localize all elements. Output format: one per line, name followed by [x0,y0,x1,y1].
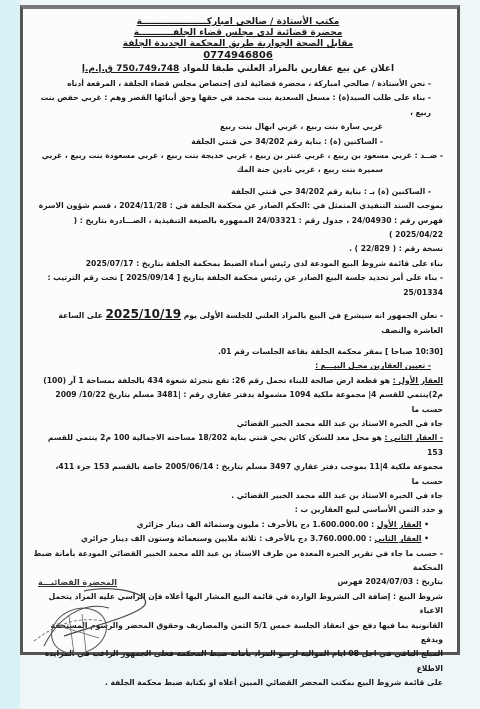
auction-date: 2025/10/19 [106,307,182,321]
property-2-cont: مجموعة ملكية 4|11 بموجب دفتر عقاري 3497 … [33,460,443,489]
document-frame: مكتب الأستاذة / صالحي امباركــــــــــــ… [20,5,460,655]
auction-time-place: [10:30 صباحا ] بمقر محكمة الجلفة بقاعة ا… [33,345,443,359]
base-price-heading: و حدد الثمن الأساسي لبيع العقارين ب : [33,503,443,517]
property-2-expert: جاء في الخبرة الاستاذ بن عبد الله محمد ا… [33,489,443,503]
session-order: - بناء على أمر تحديد جلسة البيع الصادر ع… [33,271,443,300]
property-1: العقار الأول : هو قطعة ارض صالحة للبناء … [33,374,443,388]
stamp-signature-icon [24,586,164,656]
defendants-line: - ضــد : غربي مسعود بن ربيع ، غربي عنتر … [33,149,443,163]
sale-conditions-4: على قائمة شروط البيع بمكتب المحضر القضائ… [33,676,443,690]
requester-line-cont: غربي سارة بنت ربيع ، غربي ابهال بنت ربيع [33,120,443,134]
office-role: محضرة قضائية لدى مجلس قضاء الجلفــــــــ… [33,28,443,39]
defendants-address: - الساكنين (ة) بـ : بناية رقم 34/202 حي … [33,185,443,199]
expert-report: - حسب ما جاء في تقرير الخبرة المعدة من ط… [33,547,443,576]
conditions-filed: بناء على قائمة شروط البيع المودعة لدى رئ… [33,257,443,271]
price-property-2: العقار الثاني : 3.760.000.00 دج بالأحرف … [33,532,429,546]
property-1-cont: م2)ينتمي للقسم 4| مجموعة ملكية 1094 مشمو… [33,388,443,417]
requester-line: - بناء على طلب السيد(ة) : مسعل السعدية ب… [33,91,443,120]
property-1-expert: جاء في الخبرة الاستاذ بن عبد الله محمد ا… [33,417,443,431]
auction-notice: - نعلن الجمهور انه سيشرع في البيع بالمزا… [33,307,443,338]
properties-heading: - تعيين العقارين محـل البيـــع : [33,359,443,373]
bailiff-line: - نحن الأستاذة / صالحي امباركة ، محضرة ق… [33,77,443,91]
copy-number: نسخة رقم : ( 22/829 ) . [33,242,443,256]
office-address: مقابل الصحة الجوارية طريق المحكمة الجديد… [33,39,443,50]
price-property-1: العقار الأول : 1.600.000.00 دج بالأحرف :… [33,518,429,532]
writ-numbers: فهرس رقم : 24/04930 ، جدول رقم : 24/0332… [33,214,443,243]
price-list: العقار الأول : 1.600.000.00 دج بالأحرف :… [33,518,443,547]
writ-line: بموجب السند التنفيذي المتمثل في :الحكم ا… [33,199,443,213]
office-phone: 0774946806 [33,50,443,61]
legal-refs: 750،749،748 ق.إ.م.إ [82,64,179,74]
requester-address: - الساكنين (ة) : بناية رقم 34/202 حي قنت… [33,135,443,149]
background-edge [0,0,20,709]
office-name: مكتب الأستاذة / صالحي امباركــــــــــــ… [33,17,443,28]
announcement-title: اعلان عن بيع عقارين بالمزاد العلني طبقا … [33,63,443,75]
defendants-line-cont: سميرة بنت ربيع ، غربي نادين جنة المك [33,163,443,177]
property-2: - العقار الثاني : هو محل معد للسكن كائن … [33,431,443,460]
